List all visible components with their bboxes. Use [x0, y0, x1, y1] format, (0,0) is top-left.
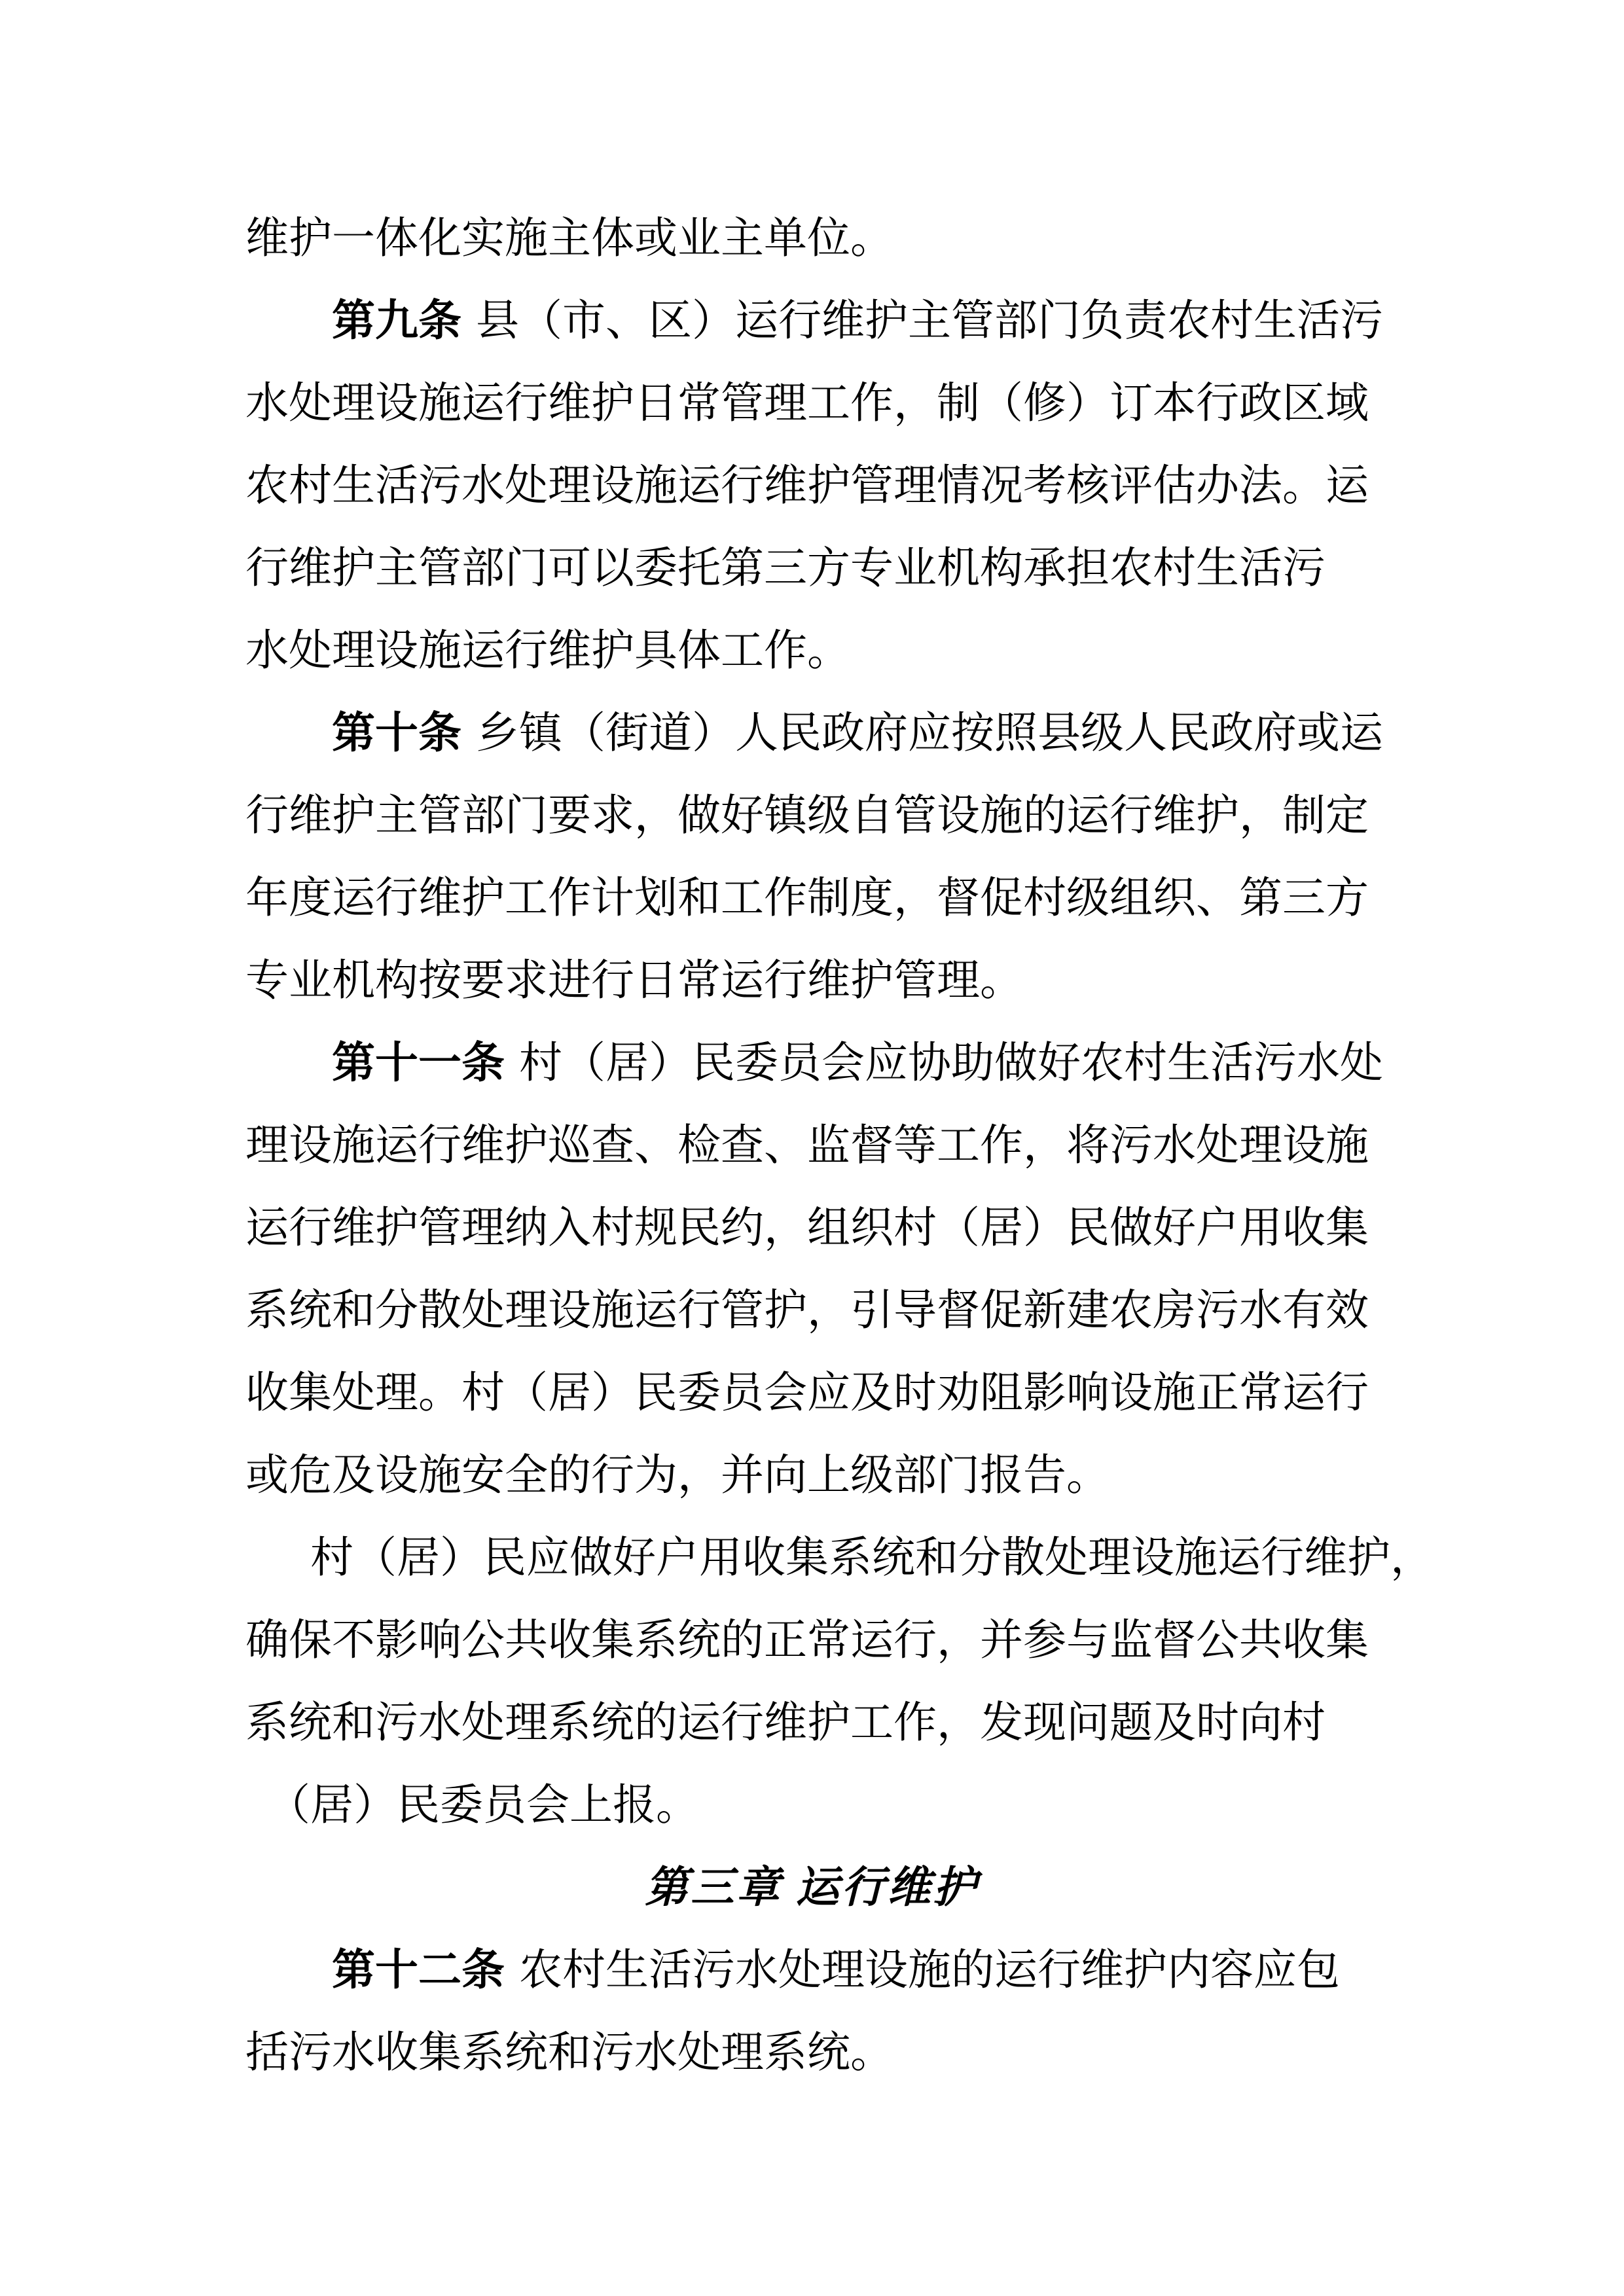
body-text-run: 水处理设施运行维护具体工作。 [245, 626, 850, 674]
body-text-run: 维护一体化实施主体或业主单位。 [245, 213, 893, 262]
article-number: 第九条 [332, 296, 461, 344]
body-text-run: 括污水收集系统和污水处理系统。 [245, 2028, 893, 2076]
text-line: 水处理设施运行维护日常管理工作，制（修）订本行政区域 [245, 361, 1379, 444]
article-number: 第十条 [332, 708, 461, 757]
body-text-run: 系统和分散处理设施运行管护，引导督促新建农房污水有效 [245, 1285, 1369, 1334]
text-line: （居）民委员会上报。 [245, 1763, 1379, 1846]
text-line: 理设施运行维护巡查、检查、监督等工作，将污水处理设施 [245, 1103, 1379, 1186]
text-line: 确保不影响公共收集系统的正常运行，并参与监督公共收集 [245, 1598, 1379, 1681]
body-text-run: 系统和污水处理系统的运行维护工作，发现问题及时向村 [245, 1698, 1326, 1746]
chapter-heading-text: 第三章 运行维护 [645, 1864, 979, 1912]
text-line: 系统和分散处理设施运行管护，引导督促新建农房污水有效 [245, 1268, 1379, 1351]
body-text-run: 行维护主管部门要求，做好镇级自管设施的运行维护，制定 [245, 791, 1369, 839]
body-text-run: 年度运行维护工作计划和工作制度，督促村级组织、第三方 [245, 873, 1369, 922]
text-line: 第十条乡镇（街道）人民政府应按照县级人民政府或运 [245, 691, 1379, 774]
text-line: 或危及设施安全的行为，并向上级部门报告。 [245, 1433, 1379, 1516]
body-text-run: 理设施运行维护巡查、检查、监督等工作，将污水处理设施 [245, 1121, 1369, 1169]
document-body: 维护一体化实施主体或业主单位。第九条县（市、区）运行维护主管部门负责农村生活污水… [245, 196, 1379, 2093]
text-line: 括污水收集系统和污水处理系统。 [245, 2011, 1379, 2093]
body-text-run: 运行维护管理纳入村规民约，组织村（居）民做好户用收集 [245, 1203, 1369, 1251]
text-line: 村（居）民应做好户用收集系统和分散处理设施运行维护， [245, 1516, 1379, 1598]
body-text-run: 村（居）民委员会应协助做好农村生活污水处 [519, 1038, 1383, 1086]
body-text-run: 县（市、区）运行维护主管部门负责农村生活污 [476, 296, 1383, 344]
chapter-heading-line: 第三章 运行维护 [245, 1846, 1379, 1928]
text-line: 第十一条村（居）民委员会应协助做好农村生活污水处 [245, 1021, 1379, 1103]
body-text-run: 乡镇（街道）人民政府应按照县级人民政府或运 [476, 708, 1383, 757]
body-text-run: 水处理设施运行维护日常管理工作，制（修）订本行政区域 [245, 378, 1369, 427]
text-line: 维护一体化实施主体或业主单位。 [245, 196, 1379, 279]
text-line: 第十二条农村生活污水处理设施的运行维护内容应包 [245, 1928, 1379, 2011]
body-text-run: 村（居）民应做好户用收集系统和分散处理设施运行维护， [310, 1533, 1434, 1581]
text-line: 年度运行维护工作计划和工作制度，督促村级组织、第三方 [245, 856, 1379, 939]
body-text-run: 行维护主管部门可以委托第三方专业机构承担农村生活污 [245, 543, 1326, 592]
text-line: 水处理设施运行维护具体工作。 [245, 609, 1379, 691]
text-line: 系统和污水处理系统的运行维护工作，发现问题及时向村 [245, 1681, 1379, 1763]
text-line: 运行维护管理纳入村规民约，组织村（居）民做好户用收集 [245, 1186, 1379, 1268]
body-text-run: 农村生活污水处理设施运行维护管理情况考核评估办法。运 [245, 461, 1369, 509]
article-number: 第十二条 [332, 1945, 505, 1994]
text-line: 行维护主管部门可以委托第三方专业机构承担农村生活污 [245, 526, 1379, 609]
body-text-run: 确保不影响公共收集系统的正常运行，并参与监督公共收集 [245, 1615, 1369, 1664]
body-text-run: 或危及设施安全的行为，并向上级部门报告。 [245, 1450, 1110, 1499]
text-line: 收集处理。村（居）民委员会应及时劝阻影响设施正常运行 [245, 1351, 1379, 1433]
text-line: 专业机构按要求进行日常运行维护管理。 [245, 939, 1379, 1021]
body-text-run: 农村生活污水处理设施的运行维护内容应包 [519, 1945, 1340, 1994]
text-line: 第九条县（市、区）运行维护主管部门负责农村生活污 [245, 279, 1379, 361]
body-text-run: 专业机构按要求进行日常运行维护管理。 [245, 956, 1023, 1004]
text-line: 行维护主管部门要求，做好镇级自管设施的运行维护，制定 [245, 774, 1379, 856]
text-line: 农村生活污水处理设施运行维护管理情况考核评估办法。运 [245, 444, 1379, 526]
body-text-run: （居）民委员会上报。 [267, 1780, 699, 1829]
body-text-run: 收集处理。村（居）民委员会应及时劝阻影响设施正常运行 [245, 1368, 1369, 1416]
document-page: 维护一体化实施主体或业主单位。第九条县（市、区）运行维护主管部门负责农村生活污水… [0, 0, 1624, 2296]
article-number: 第十一条 [332, 1038, 505, 1086]
